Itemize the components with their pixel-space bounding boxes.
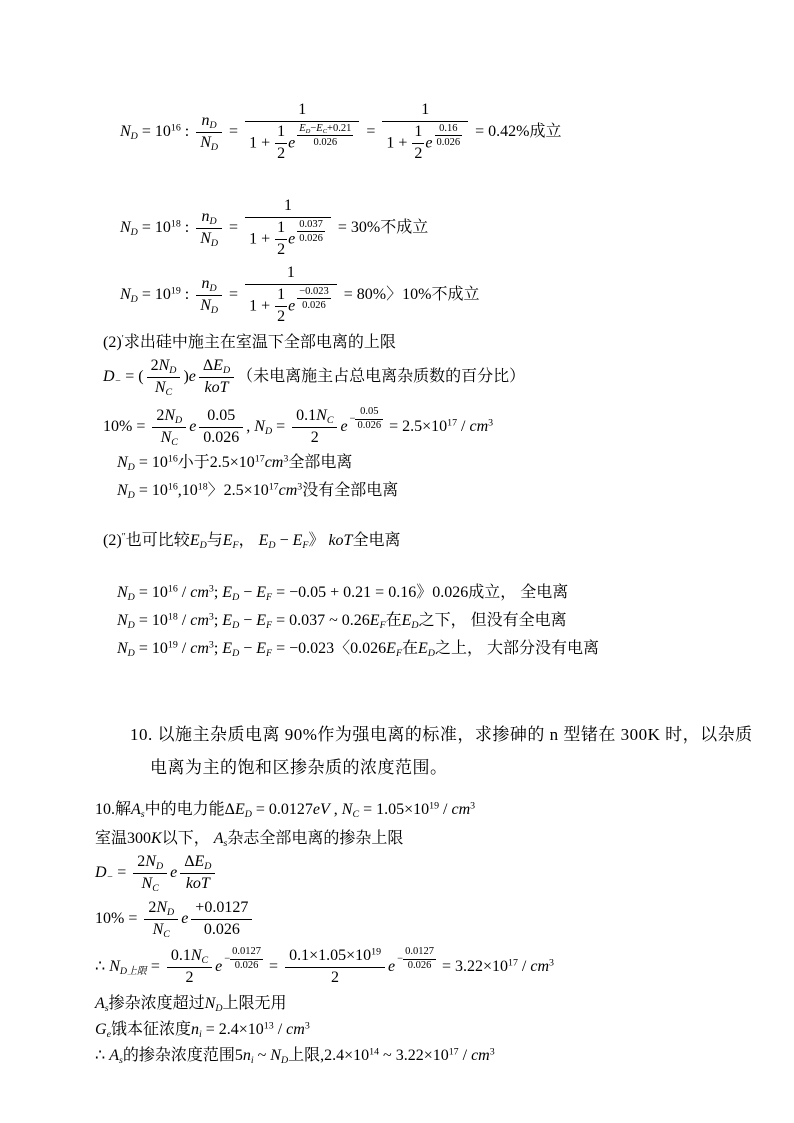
document-page: ND = 1016 : nDND = 11 + 12eED−EC+0.210.0…: [0, 0, 794, 1123]
formula-d-minus-germanium: D− = 2NDNCeΔEDkoT: [95, 852, 218, 895]
section-2-prime-heading: (2)′求出硅中施主在室温下全部电离的上限: [103, 332, 396, 354]
question-10-text-line1: 10. 以施主杂质电离 90%作为强电离的标准，求掺砷的 n 型锗在 300K …: [130, 724, 753, 747]
formula-d-minus-definition: D− = (2NDNC)eΔEDkoT（未电离施主占总电离杂质数的百分比）: [103, 356, 525, 399]
section-2-doubleprime-heading: (2)″也可比较ED与EF， ED − EF》 koT全电离: [103, 530, 400, 552]
statement-ed-ef-nd16: ND = 1016 / cm3; ED − EF = −0.05 + 0.21 …: [117, 582, 568, 604]
statement-nd16-fully-ionized: ND = 1016小于2.5×1017cm3全部电离: [117, 452, 352, 474]
formula-nd19-ionization-ratio: ND = 1019 : nDND = 11 + 12e−0.0230.026 =…: [120, 263, 479, 328]
formula-nd18-ionization-ratio: ND = 1018 : nDND = 11 + 12e0.0370.026 = …: [120, 196, 428, 261]
formula-10pct-germanium: 10% = 2NDNCe+0.01270.026: [95, 898, 255, 941]
formula-nd16-ionization-ratio: ND = 1016 : nDND = 11 + 12eED−EC+0.210.0…: [120, 100, 561, 165]
statement-nd-not-fully-ionized: ND = 1016,1018〉2.5×1017cm3没有全部电离: [117, 480, 398, 502]
formula-nd-upper-limit: ∴ ND上限 = 0.1NC2e−0.01270.026 = 0.1×1.05×…: [95, 946, 554, 989]
statement-ge-intrinsic-concentration: Ge饿本征浓度ni = 2.4×1013 / cm3: [95, 1019, 310, 1041]
statement-ed-ef-nd19: ND = 1019 / cm3; ED − EF = −0.023〈0.026E…: [117, 638, 599, 660]
statement-as-doping-exceed: As掺杂浓度超过ND上限无用: [95, 993, 287, 1015]
formula-10pct-silicon-limit: 10% = 2NDNCe0.050.026, ND = 0.1NC2e−0.05…: [103, 406, 493, 449]
statement-room-temperature: 室温300K以下， As杂志全部电离的掺杂上限: [95, 828, 403, 850]
statement-as-doping-range: ∴ As的掺杂浓度范围5ni ~ ND上限,2.4×1014 ~ 3.22×10…: [95, 1045, 495, 1067]
solution-10-intro: 10.解As中的电力能ΔED = 0.0127eV , NC = 1.05×10…: [95, 799, 475, 821]
statement-ed-ef-nd18: ND = 1018 / cm3; ED − EF = 0.037 ~ 0.26E…: [117, 610, 567, 632]
question-10-text-line2: 电离为主的饱和区掺杂质的浓度范围。: [150, 757, 448, 780]
